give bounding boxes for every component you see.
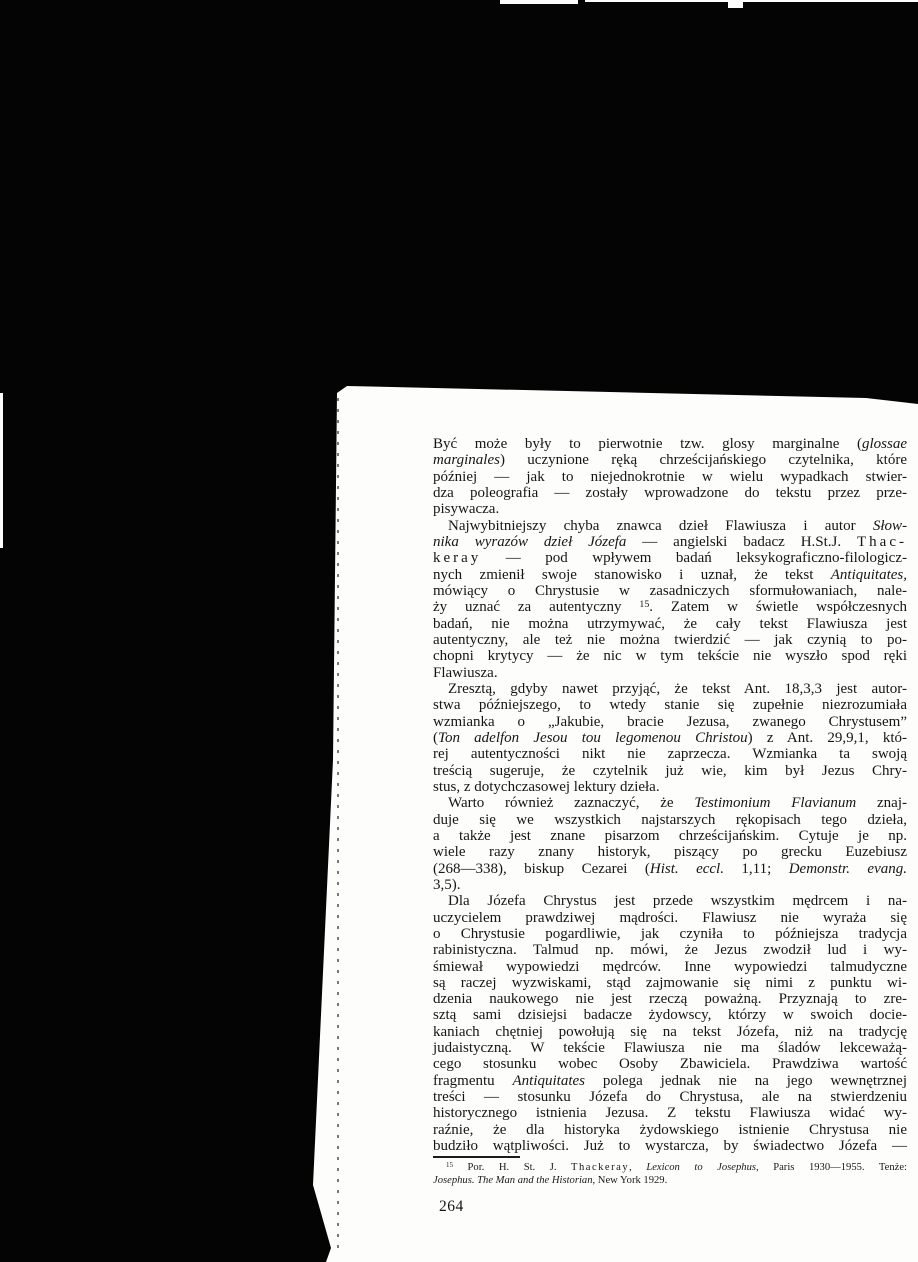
scan-edge-sliver xyxy=(728,0,743,8)
text-line: uczycielem prawdziwej mądrości. Flawiusz… xyxy=(433,910,907,926)
text-line: rabinistyczna. Talmud np. mówi, że Jezus… xyxy=(433,942,907,958)
text-run: Demonstr. evang. xyxy=(789,861,907,877)
text-run: glossae xyxy=(862,436,907,452)
text-line: kaniach chętniej powołują się na tekst J… xyxy=(433,1024,907,1040)
text-run: uczycielem prawdziwej mądrości. Flawiusz… xyxy=(433,910,907,926)
text-line: później — jak to niejednokrotnie w wielu… xyxy=(433,469,907,485)
text-run: marginales xyxy=(433,452,500,468)
text-run: są raczej wyzwiskami, stąd zajmowanie si… xyxy=(433,975,907,991)
text-line: treści — stosunku Józefa do Chrystusa, a… xyxy=(433,1089,907,1105)
text-line: cego stosunku wobec Osoby Zbawiciela. Pr… xyxy=(433,1056,907,1072)
text-line: Najwybitniejszy chyba znawca dzieł Flawi… xyxy=(433,518,907,534)
text-run: — pod wpływem badań leksykograficzno-fil… xyxy=(481,550,907,566)
text-run: mówiący o Chrystusie w zasadniczych sfor… xyxy=(433,583,907,599)
text-run: , New York 1929. xyxy=(593,1175,668,1186)
text-line: keray — pod wpływem badań leksykograficz… xyxy=(433,550,907,566)
text-line: Zresztą, gdyby nawet przyjąć, że tekst A… xyxy=(433,681,907,697)
text-line: 3,5). xyxy=(433,877,907,893)
text-run: wzmianka o „Jakubie, bracie Jezusa, zwan… xyxy=(433,714,907,730)
text-run: , Paris 1930—1955. Tenże: xyxy=(756,1162,907,1173)
text-run: 15 xyxy=(639,599,649,610)
text-run: budziło wątpliwości. Już to wystarcza, b… xyxy=(433,1138,907,1154)
text-line: wiele razy znany historyk, piszący po gr… xyxy=(433,844,907,860)
text-run: — angielski badacz H.St.J. xyxy=(626,534,857,550)
text-run: badań, nie można utrzymywać, że cały tek… xyxy=(433,616,907,632)
text-run: Najwybitniejszy chyba znawca dzieł Flawi… xyxy=(448,518,873,534)
scanned-book-page: { "page": { "number": "264", "paragraphs… xyxy=(0,0,918,1262)
page-edge-line xyxy=(337,398,339,1250)
text-run: Testimonium Flavianum xyxy=(694,795,856,811)
text-line: stwa późniejszego, to wtedy stanie się z… xyxy=(433,697,907,713)
text-run: 1,11; xyxy=(724,861,789,877)
text-run: a także jest znane pisarzom chrześcijańs… xyxy=(433,828,907,844)
text-run: znaj- xyxy=(856,795,907,811)
text-run: , xyxy=(629,1162,646,1173)
text-run: Być może były to pierwotnie tzw. glosy m… xyxy=(433,436,862,452)
text-line: śmiewał wypowiedzi mędrców. Inne wypowie… xyxy=(433,959,907,975)
page-number: 264 xyxy=(439,1198,464,1216)
text-line: ży uznać za autentyczny 15. Zatem w świe… xyxy=(433,599,907,615)
text-run: treści — stosunku Józefa do Chrystusa, a… xyxy=(433,1089,907,1105)
text-run: Zresztą, gdyby nawet przyjąć, że tekst A… xyxy=(448,681,907,697)
text-line: (Ton adelfon Jesou tou legomenou Christo… xyxy=(433,730,907,746)
text-run: Antiquitates xyxy=(513,1073,586,1089)
text-line: Warto również zaznaczyć, że Testimonium … xyxy=(433,795,907,811)
text-run: Ton adelfon Jesou tou legomenou Christou xyxy=(438,730,748,746)
text-run: ) uczynione ręką chrześcijańskiego czyte… xyxy=(500,452,907,468)
text-line: Josephus. The Man and the Historian, New… xyxy=(433,1174,907,1187)
text-run: Josephus. The Man and the Historian xyxy=(433,1175,593,1186)
text-run: kaniach chętniej powołują się na tekst J… xyxy=(433,1024,907,1040)
text-line: nych zmienił swoje stanowisko i uznał, ż… xyxy=(433,567,907,583)
text-run: sztą sami dzisiejsi badacze żydowscy, kt… xyxy=(433,1007,907,1023)
text-line: raźnie, że dla historyka żydowskiego ist… xyxy=(433,1122,907,1138)
text-run: o Chrystusie pogardliwie, jak czyniła to… xyxy=(433,926,907,942)
text-run: wiele razy znany historyk, piszący po gr… xyxy=(433,844,907,860)
text-run: fragmentu xyxy=(433,1073,513,1089)
text-line: duje się we wszystkich najstarszych ręko… xyxy=(433,812,907,828)
text-line: badań, nie można utrzymywać, że cały tek… xyxy=(433,616,907,632)
text-line: (268—338), biskup Cezarei (Hist. eccl. 1… xyxy=(433,861,907,877)
scan-edge-sliver xyxy=(0,393,3,548)
text-run: nych zmienił swoje stanowisko i uznał, ż… xyxy=(433,567,831,583)
text-run: judaistyczną. W tekście Flawiusza nie ma… xyxy=(433,1040,907,1056)
text-line: autentyczny, ale też nie można twierdzić… xyxy=(433,632,907,648)
text-line: nika wyrazów dzieł Józefa — angielski ba… xyxy=(433,534,907,550)
text-run: Warto również zaznaczyć, że xyxy=(448,795,694,811)
text-run: autentyczny, ale też nie można twierdzić… xyxy=(433,632,907,648)
text-run: Thac- xyxy=(857,534,907,550)
text-line: marginales) uczynione ręką chrześcijańsk… xyxy=(433,452,907,468)
text-line: dza poleografia — zostały wprowadzone do… xyxy=(433,485,907,501)
text-line: budziło wątpliwości. Już to wystarcza, b… xyxy=(433,1138,907,1154)
text-line: Dla Józefa Chrystus jest przede wszystki… xyxy=(433,893,907,909)
text-line: stus, z dotychczasowej lektury dzieła. xyxy=(433,779,907,795)
footnote-rule xyxy=(433,1156,520,1158)
text-line: fragmentu Antiquitates polega jednak nie… xyxy=(433,1073,907,1089)
text-line: Flawiusza. xyxy=(433,665,907,681)
text-run: 15 xyxy=(446,1161,453,1169)
text-run: Antiquitates, xyxy=(831,567,907,583)
text-run: Dla Józefa Chrystus jest przede wszystki… xyxy=(448,893,907,909)
text-run: dzenia naukowego nie jest rzeczą poważną… xyxy=(433,991,907,1007)
text-line: mówiący o Chrystusie w zasadniczych sfor… xyxy=(433,583,907,599)
text-run: raźnie, że dla historyka żydowskiego ist… xyxy=(433,1122,907,1138)
text-run: keray xyxy=(433,550,481,566)
text-run: ży uznać za autentyczny xyxy=(433,599,639,615)
scan-edge-sliver xyxy=(585,0,918,2)
text-run: Słow- xyxy=(873,518,907,534)
text-line: o Chrystusie pogardliwie, jak czyniła to… xyxy=(433,926,907,942)
text-run: cego stosunku wobec Osoby Zbawiciela. Pr… xyxy=(433,1056,907,1072)
text-line: Być może były to pierwotnie tzw. glosy m… xyxy=(433,436,907,452)
text-column: Być może były to pierwotnie tzw. glosy m… xyxy=(433,436,907,1154)
text-run: chopni krytycy — że nic w tym tekście ni… xyxy=(433,648,907,664)
text-line: wzmianka o „Jakubie, bracie Jezusa, zwan… xyxy=(433,714,907,730)
text-run: duje się we wszystkich najstarszych ręko… xyxy=(433,812,907,828)
text-line: są raczej wyzwiskami, stąd zajmowanie si… xyxy=(433,975,907,991)
text-run: ) z Ant. 29,9,1, któ- xyxy=(748,730,907,746)
text-run: śmiewał wypowiedzi mędrców. Inne wypowie… xyxy=(433,959,907,975)
text-run: 3,5). xyxy=(433,877,461,893)
text-line: sztą sami dzisiejsi badacze żydowscy, kt… xyxy=(433,1007,907,1023)
text-run: historycznego istnienia Jezusa. Z tekstu… xyxy=(433,1105,907,1121)
text-run: Hist. eccl. xyxy=(650,861,724,877)
text-line: treścią sugeruje, że czytelnik już wie, … xyxy=(433,763,907,779)
text-line: rej autentyczności nikt nie zaprzecza. W… xyxy=(433,746,907,762)
text-run: później — jak to niejednokrotnie w wielu… xyxy=(433,469,907,485)
text-line: historycznego istnienia Jezusa. Z tekstu… xyxy=(433,1105,907,1121)
text-line: judaistyczną. W tekście Flawiusza nie ma… xyxy=(433,1040,907,1056)
text-run: . Zatem w świetle współczesnych xyxy=(649,599,907,615)
text-run: Flawiusza. xyxy=(433,665,498,681)
text-run: Lexicon to Josephus xyxy=(646,1162,756,1173)
text-line: a także jest znane pisarzom chrześcijańs… xyxy=(433,828,907,844)
text-run: stus, z dotychczasowej lektury dzieła. xyxy=(433,779,660,795)
text-run: treścią sugeruje, że czytelnik już wie, … xyxy=(433,763,907,779)
text-line: dzenia naukowego nie jest rzeczą poważną… xyxy=(433,991,907,1007)
text-run: rabinistyczna. Talmud np. mówi, że Jezus… xyxy=(433,942,907,958)
text-run: rej autentyczności nikt nie zaprzecza. W… xyxy=(433,746,907,762)
scan-edge-sliver xyxy=(500,0,578,4)
text-run: polega jednak nie na jego wewnętrznej xyxy=(585,1073,907,1089)
text-run: dza poleografia — zostały wprowadzone do… xyxy=(433,485,907,501)
text-run: Por. H. St. J. xyxy=(453,1162,571,1173)
text-run: Thackeray xyxy=(571,1162,629,1173)
footnote: 15 Por. H. St. J. Thackeray, Lexicon to … xyxy=(433,1161,907,1187)
text-line: pisywacza. xyxy=(433,501,907,517)
text-run: stwa późniejszego, to wtedy stanie się z… xyxy=(433,697,907,713)
text-run: nika wyrazów dzieł Józefa xyxy=(433,534,626,550)
text-line: 15 Por. H. St. J. Thackeray, Lexicon to … xyxy=(433,1161,907,1174)
text-run: (268—338), biskup Cezarei ( xyxy=(433,861,650,877)
text-run: pisywacza. xyxy=(433,501,499,517)
text-line: chopni krytycy — że nic w tym tekście ni… xyxy=(433,648,907,664)
